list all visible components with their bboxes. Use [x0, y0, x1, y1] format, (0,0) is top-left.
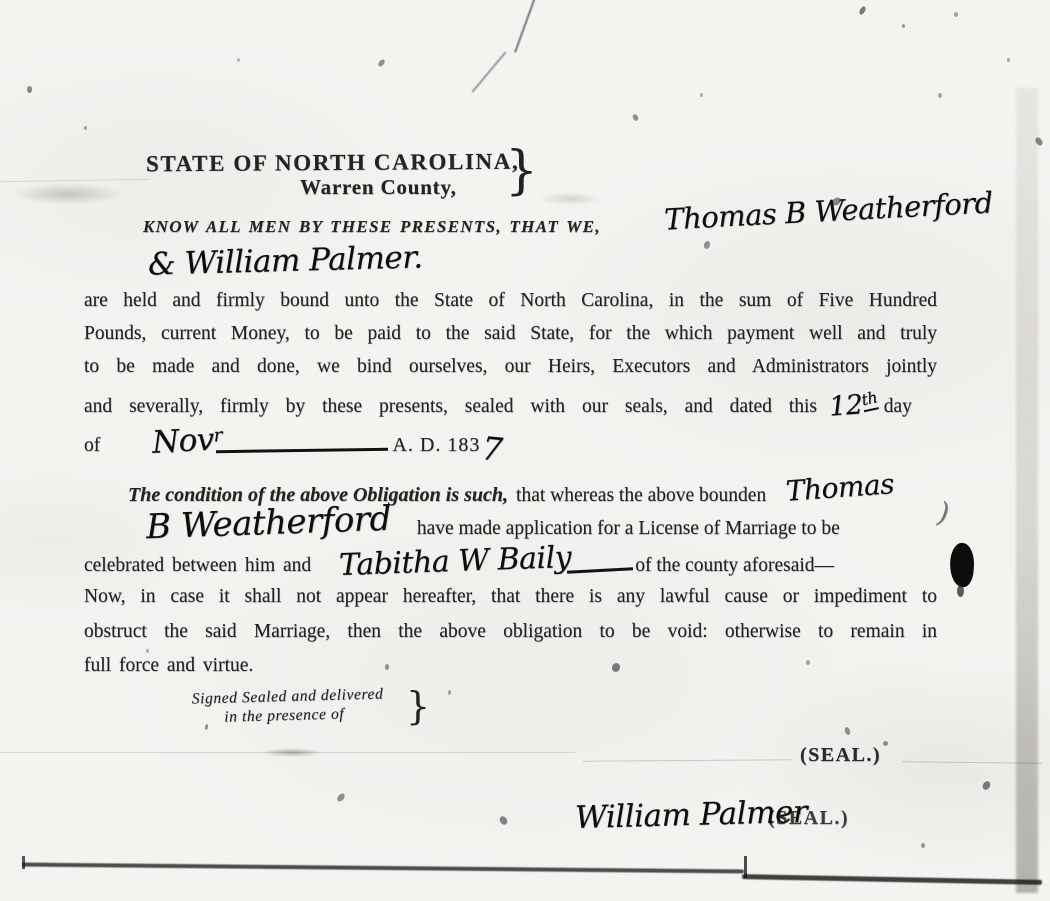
handwritten-year-digit: 7 [480, 429, 504, 469]
stray-pen-mark: ) [936, 495, 951, 529]
obligation-line-2: Pounds, current Money, to be paid to the… [84, 322, 937, 346]
handwritten-groom-first-name: Thomas [785, 467, 895, 507]
obligation-line-3: to be made and done, we bind ourselves, … [84, 355, 937, 379]
handwritten-month: Novr [151, 421, 223, 461]
condition-line-3-suffix: of the county aforesaid— [635, 555, 834, 577]
scanned-document: STATE OF NORTH CAROLINA, Warren County, … [0, 0, 1050, 901]
witness-line-2: in the presence of [224, 704, 384, 726]
header-state-line: STATE OF NORTH CAROLINA, [146, 149, 519, 178]
paper-smudge [538, 192, 602, 206]
condition-line-5: obstruct the said Marriage, then the abo… [84, 620, 937, 644]
of-word: of [84, 435, 100, 457]
obligation-line-4-text: and severally, firmly by these presents,… [84, 396, 817, 418]
handwritten-principal-name: Thomas B Weatherford [663, 185, 993, 236]
header-brace: } [505, 141, 538, 201]
paper-smudge [262, 748, 322, 757]
pen-flourish-line [567, 567, 633, 573]
pen-flourish-line [216, 447, 388, 452]
obligation-line-1: are held and firmly bound unto the State… [84, 289, 937, 313]
ink-blot [948, 542, 975, 588]
year-printed: A. D. 183 [392, 434, 480, 457]
day-number: 12 [828, 389, 863, 422]
handwritten-groom-surname: B Weatherford [145, 499, 391, 548]
paper-smudge [12, 183, 124, 205]
paper-edge [742, 874, 1042, 884]
obligation-line-4: and severally, firmly by these presents,… [84, 388, 944, 419]
condition-line-3: celebrated between him and Tabitha W Bai… [84, 544, 834, 579]
paper-edge [744, 856, 747, 878]
handwritten-bride-name: Tabitha W Baily [339, 540, 572, 583]
obligation-line-5: of Novr A. D. 183 7 [84, 421, 502, 459]
paper-edge [22, 856, 25, 869]
paper-crease [514, 0, 536, 53]
handwritten-day-number: 12th [828, 388, 879, 422]
condition-line-3-prefix: celebrated between him and [84, 555, 311, 577]
handwritten-surety-name: & William Palmer. [148, 239, 423, 282]
month-main: Nov [151, 422, 215, 461]
condition-line-6: full force and virtue. [84, 655, 253, 677]
ink-blot [957, 585, 964, 597]
opening-printed-line: KNOW ALL MEN BY THESE PRESENTS, THAT WE, [143, 217, 601, 237]
month-superscript: r [213, 425, 222, 446]
condition-line-4: Now, in case it shall not appear hereaft… [84, 585, 937, 609]
header-county-line: Warren County, [300, 175, 457, 200]
day-ordinal: th [860, 387, 880, 412]
scan-streak [1016, 88, 1038, 893]
paper-scratch [0, 179, 150, 183]
condition-line-2: B Weatherford have made application for … [84, 503, 840, 543]
day-word: day [884, 396, 912, 418]
witness-brace: } [406, 684, 430, 728]
seal-rule-left [583, 759, 791, 761]
handwritten-surety-signature: William Palmer [575, 794, 808, 836]
paper-edge [22, 863, 744, 874]
seal-badge-1: (SEAL.) [800, 744, 881, 767]
condition-line-2-text: have made application for a License of M… [417, 518, 840, 540]
paper-crease [472, 51, 507, 92]
witness-block: Signed Sealed and delivered in the prese… [192, 685, 385, 727]
